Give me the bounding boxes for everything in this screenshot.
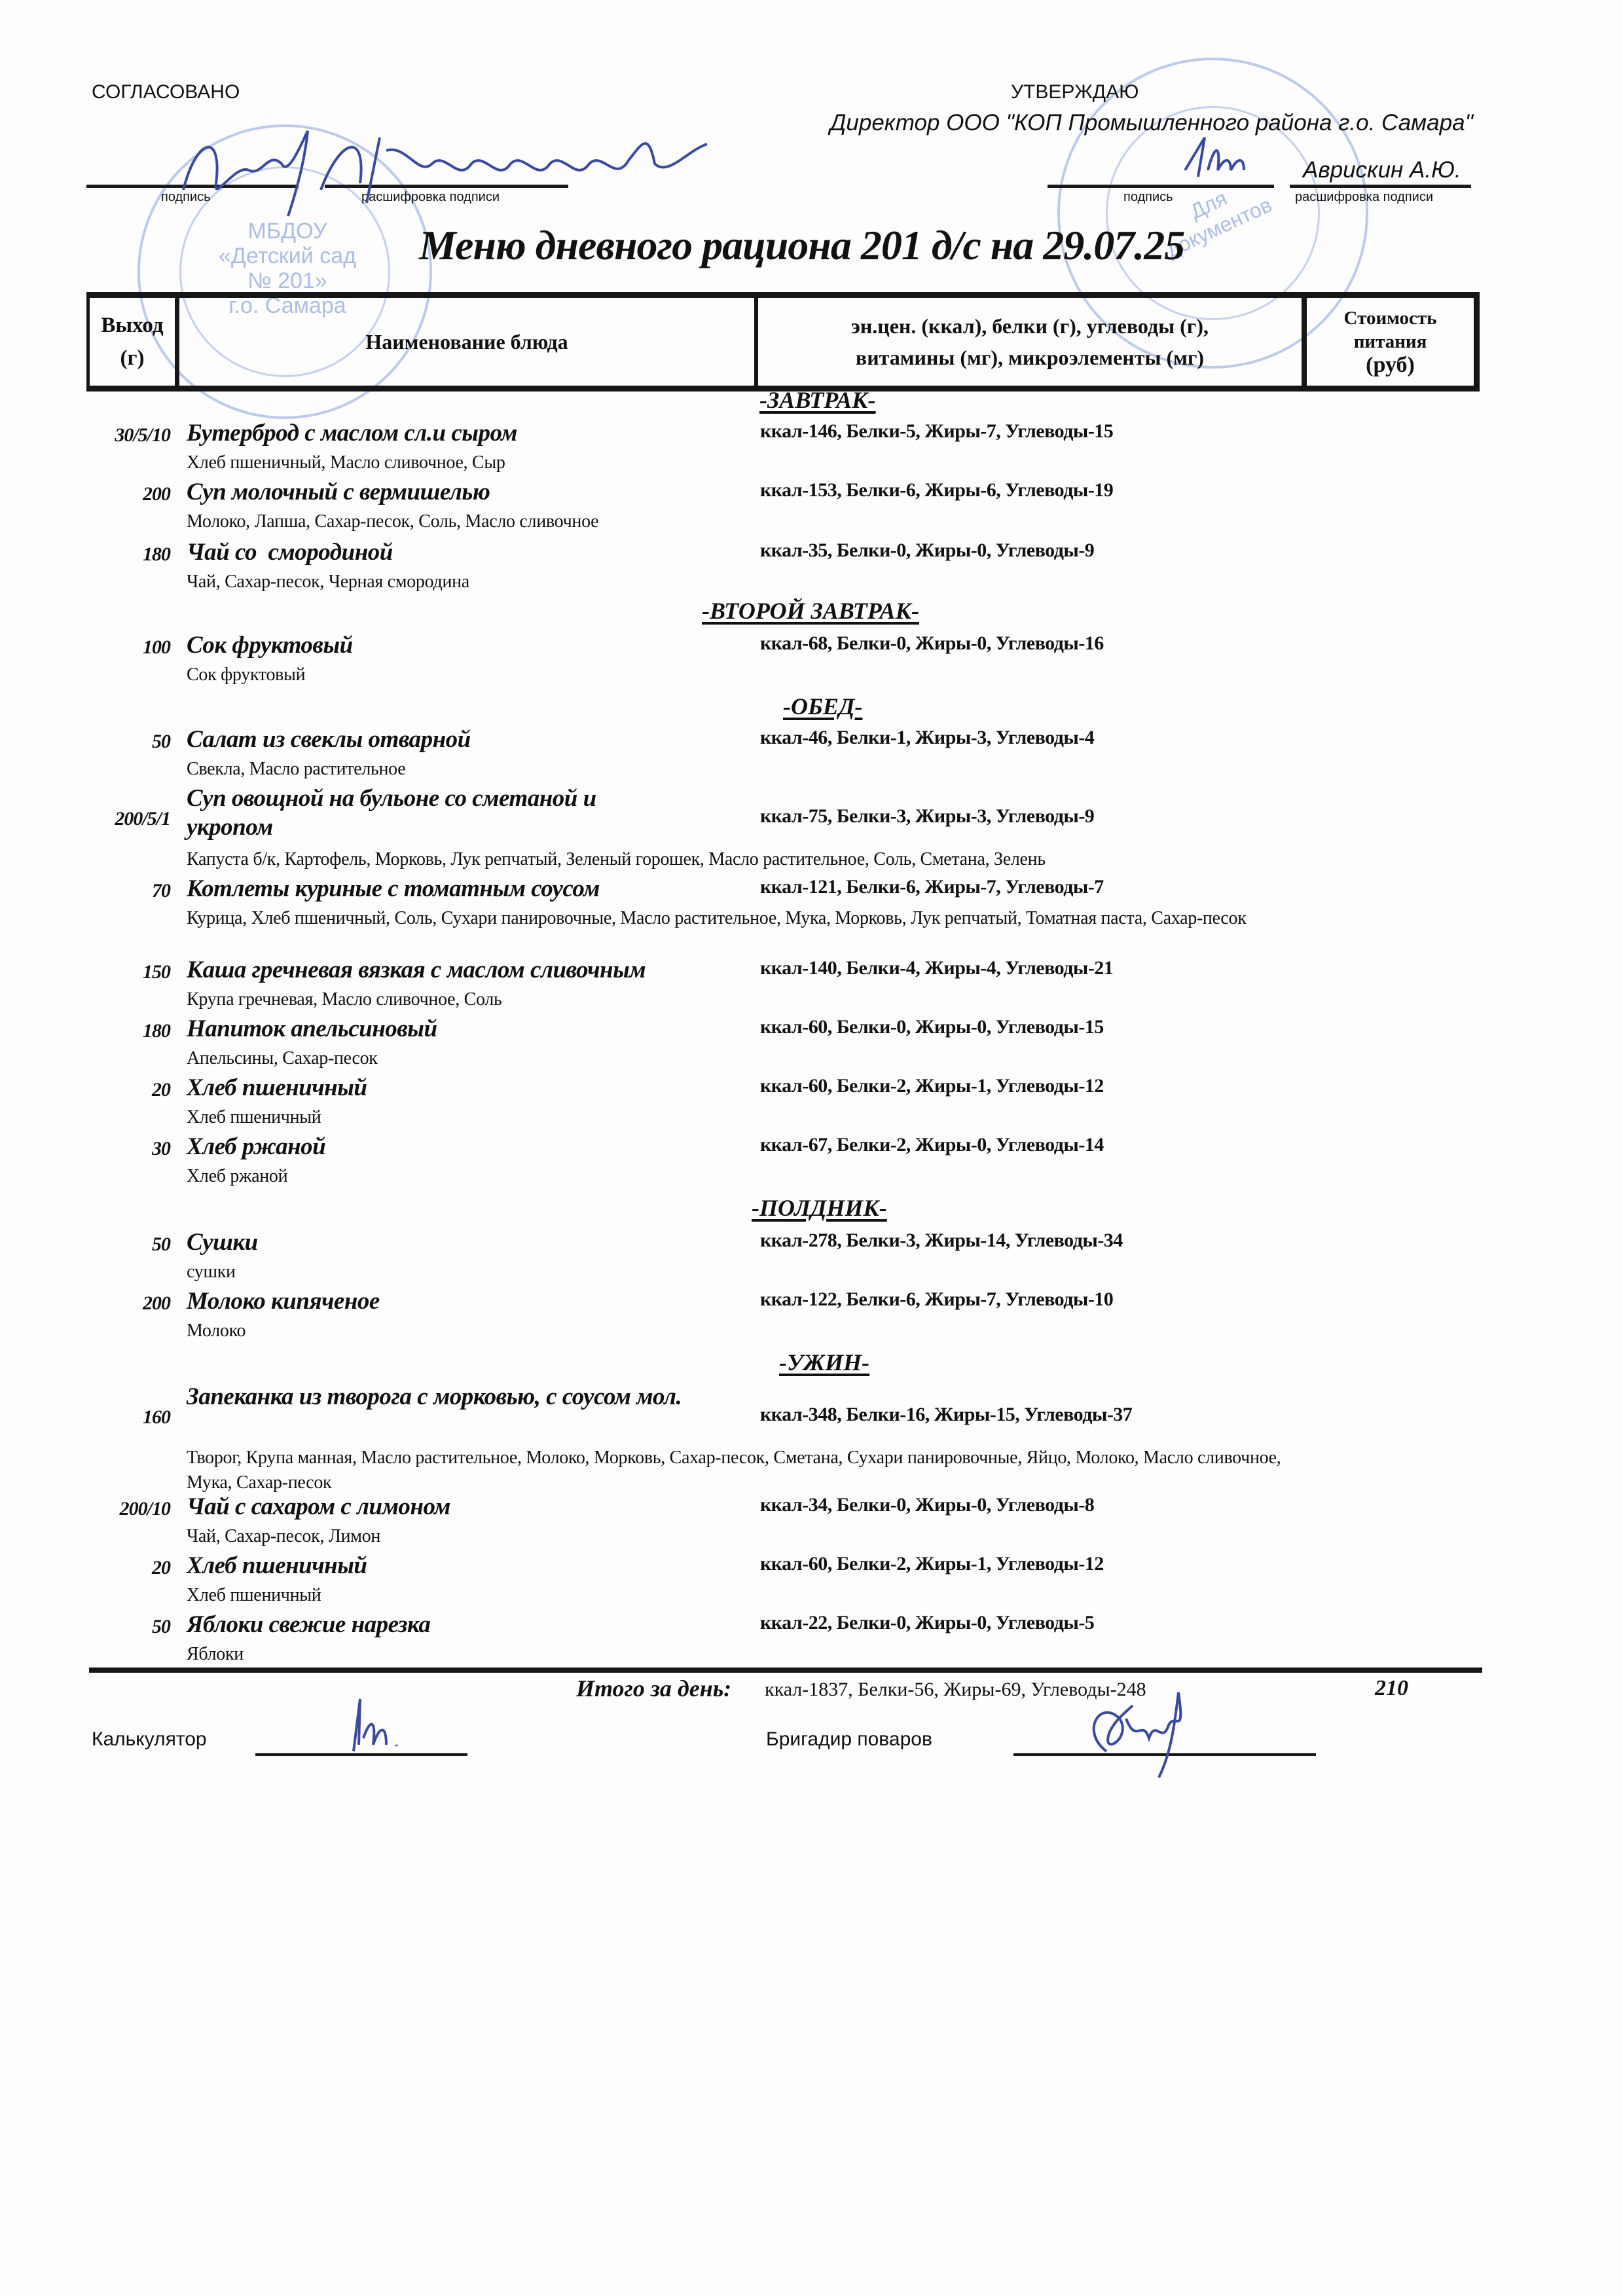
item-ingredients: Яблоки <box>187 1642 1286 1667</box>
section-title-afternoon-snack: -ПОЛДНИК- <box>752 1194 887 1222</box>
item-output: 50 <box>79 1233 170 1256</box>
item-dish-name: Каша гречневая вязкая с маслом сливочным <box>187 956 750 985</box>
item-ingredients: Хлеб ржаной <box>187 1164 1286 1189</box>
stamp-line-3: № 201» <box>192 268 382 293</box>
item-output: 180 <box>79 1020 170 1042</box>
item-nutrition: ккал-278, Белки-3, Жиры-14, Углеводы-34 <box>760 1230 1123 1252</box>
item-nutrition: ккал-60, Белки-2, Жиры-1, Углеводы-12 <box>760 1553 1104 1575</box>
item-output: 50 <box>79 731 170 753</box>
item-ingredients: Молоко <box>187 1319 1286 1343</box>
item-output: 30 <box>79 1138 170 1160</box>
item-dish-name: Напиток апельсиновый <box>187 1015 750 1044</box>
left-signature-icon <box>170 124 759 210</box>
item-output: 70 <box>79 880 170 902</box>
item-output: 200/10 <box>79 1498 170 1520</box>
item-dish-name: Чай с сахаром с лимоном <box>187 1493 750 1522</box>
total-cost-value: 210 <box>1375 1676 1408 1701</box>
item-dish-name: Хлеб пшеничный <box>187 1552 750 1580</box>
item-output: 30/5/10 <box>79 424 170 446</box>
item-output: 50 <box>79 1616 170 1638</box>
item-dish-name: Котлеты куриные с томатным соусом <box>187 875 750 903</box>
item-ingredients: Апельсины, Сахар-песок <box>187 1046 1286 1071</box>
right-decoding-line <box>1290 185 1471 188</box>
item-ingredients: Курица, Хлеб пшеничный, Соль, Сухари пан… <box>187 906 1300 931</box>
item-ingredients: Крупа гречневая, Масло сливочное, Соль <box>187 987 1286 1012</box>
item-output: 200 <box>79 483 170 505</box>
item-output: 160 <box>79 1406 170 1429</box>
item-dish-name: Сушки <box>187 1228 750 1257</box>
item-ingredients: Хлеб пшеничный <box>187 1583 1286 1608</box>
item-output: 100 <box>79 636 170 659</box>
item-dish-name: Сок фруктовый <box>187 631 750 660</box>
item-output: 150 <box>79 961 170 983</box>
item-nutrition: ккал-46, Белки-1, Жиры-3, Углеводы-4 <box>760 727 1094 749</box>
item-ingredients: Хлеб пшеничный, Масло сливочное, Сыр <box>187 450 1286 475</box>
item-dish-name: Молоко кипяченое <box>187 1287 750 1316</box>
total-label: Итого за день: <box>576 1675 731 1702</box>
item-dish-name: Суп молочный с вермишелью <box>187 478 750 507</box>
item-ingredients: Капуста б/к, Картофель, Морковь, Лук реп… <box>187 847 1286 872</box>
item-nutrition: ккал-60, Белки-0, Жиры-0, Углеводы-15 <box>760 1016 1104 1038</box>
item-ingredients: Чай, Сахар-песок, Черная смородина <box>187 570 1286 594</box>
chief-cook-signature-icon <box>1080 1679 1211 1777</box>
chief-cook-label: Бригадир поваров <box>766 1728 932 1751</box>
approve-heading: УТВЕРЖДАЮ <box>1011 81 1139 103</box>
item-output: 180 <box>79 543 170 566</box>
item-ingredients: Творог, Крупа манная, Масло растительное… <box>187 1446 1286 1495</box>
section-title-second-breakfast: -ВТОРОЙ ЗАВТРАК- <box>702 597 919 625</box>
item-nutrition: ккал-22, Белки-0, Жиры-0, Углеводы-5 <box>760 1612 1094 1634</box>
item-nutrition: ккал-68, Белки-0, Жиры-0, Углеводы-16 <box>760 632 1104 655</box>
item-output: 20 <box>79 1079 170 1101</box>
item-nutrition: ккал-146, Белки-5, Жиры-7, Углеводы-15 <box>760 420 1113 443</box>
column-header-cost: Стоимость питания (руб) <box>1307 298 1480 386</box>
item-ingredients: сушки <box>187 1260 1286 1285</box>
director-name: Аврискин А.Ю. <box>1303 157 1461 183</box>
right-signature-line <box>1048 185 1274 188</box>
column-header-output: Выход (г) <box>86 298 179 386</box>
item-dish-name: Салат из свеклы отварной <box>187 725 750 754</box>
item-nutrition: ккал-35, Белки-0, Жиры-0, Углеводы-9 <box>760 539 1094 562</box>
stamp-line-1: МБДОУ <box>192 219 382 244</box>
item-dish-name: Хлеб ржаной <box>187 1133 750 1161</box>
item-nutrition: ккал-348, Белки-16, Жиры-15, Углеводы-37 <box>760 1404 1132 1426</box>
item-output: 20 <box>79 1557 170 1579</box>
item-nutrition: ккал-122, Белки-6, Жиры-7, Углеводы-10 <box>760 1288 1113 1311</box>
item-dish-name: Бутерброд с маслом сл.и сыром <box>187 419 750 448</box>
section-title-breakfast: -ЗАВТРАК- <box>759 386 876 414</box>
right-signature-label: подпись <box>1123 190 1173 205</box>
item-ingredients: Чай, Сахар-песок, Лимон <box>187 1524 1286 1549</box>
column-header-nutrition: эн.цен. (ккал), белки (г), углеводы (г),… <box>758 298 1307 386</box>
item-dish-name: Чай со смородиной <box>187 538 750 567</box>
agreed-heading: СОГЛАСОВАНО <box>92 81 240 103</box>
calculator-signature-icon <box>340 1692 406 1758</box>
stamp-line-2: «Детский сад <box>192 244 382 268</box>
section-title-lunch: -ОБЕД- <box>783 693 862 720</box>
menu-table-header: Выход (г) Наименование блюда эн.цен. (кк… <box>86 292 1480 392</box>
calculator-label: Калькулятор <box>92 1728 207 1751</box>
item-output: 200 <box>79 1292 170 1315</box>
item-nutrition: ккал-34, Белки-0, Жиры-0, Углеводы-8 <box>760 1494 1094 1516</box>
director-title: Директор ООО "КОП Промышленного района г… <box>786 110 1473 136</box>
right-signature-icon <box>1178 131 1270 183</box>
item-nutrition: ккал-121, Белки-6, Жиры-7, Углеводы-7 <box>760 876 1104 898</box>
right-decoding-label: расшифровка подписи <box>1295 190 1433 205</box>
item-ingredients: Сок фруктовый <box>187 663 1286 687</box>
item-dish-name: Хлеб пшеничный <box>187 1074 750 1102</box>
item-nutrition: ккал-60, Белки-2, Жиры-1, Углеводы-12 <box>760 1075 1104 1097</box>
item-ingredients: Молоко, Лапша, Сахар-песок, Соль, Масло … <box>187 509 1286 534</box>
item-ingredients: Хлеб пшеничный <box>187 1105 1286 1130</box>
item-nutrition: ккал-140, Белки-4, Жиры-4, Углеводы-21 <box>760 957 1113 979</box>
item-ingredients: Свекла, Масло растительное <box>187 757 1286 782</box>
item-nutrition: ккал-75, Белки-3, Жиры-3, Углеводы-9 <box>760 805 1094 828</box>
page-title: Меню дневного рациона 201 д/с на 29.07.2… <box>419 221 1184 270</box>
totals-divider <box>89 1667 1482 1673</box>
item-nutrition: ккал-67, Белки-2, Жиры-0, Углеводы-14 <box>760 1134 1104 1156</box>
item-dish-name: Запеканка из творога с морковью, с соусо… <box>187 1383 717 1412</box>
column-header-dish-name: Наименование блюда <box>179 298 758 386</box>
item-nutrition: ккал-153, Белки-6, Жиры-6, Углеводы-19 <box>760 479 1113 501</box>
item-dish-name: Яблоки свежие нарезка <box>187 1611 750 1639</box>
item-output: 200/5/1 <box>79 808 170 830</box>
item-dish-name: Суп овощной на бульоне со сметаной и укр… <box>187 784 684 842</box>
section-title-dinner: -УЖИН- <box>779 1349 869 1376</box>
